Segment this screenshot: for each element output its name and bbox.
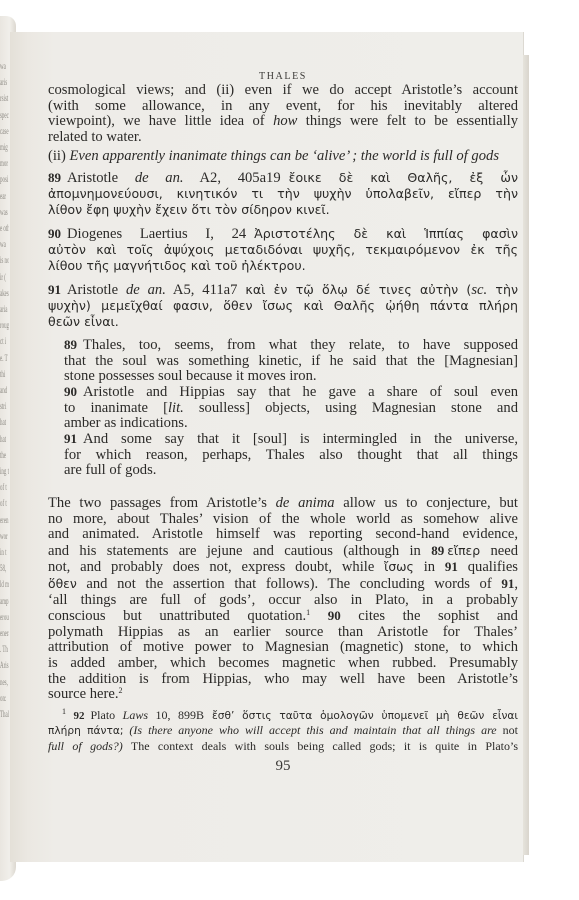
section-heading: (ii) Even apparently inanimate things ca… [48,148,518,164]
section-label: (ii) [48,148,66,164]
fragment-89-line-3: λίθον ἔφη ψυχὴν ἔχειν ὅτι τὸν σίδηρον κι… [48,202,518,218]
translation-text: full of gods?) [48,739,123,753]
commentary-line: ‘all things are full of gods’, occur als… [48,593,518,609]
footnote-text: The context deals with souls being calle… [123,739,518,753]
previous-page-text-fragment: hat [0,418,9,427]
source-ref: I, 24 [205,226,246,242]
source-work: de an. [135,170,184,186]
source-author: Aristotle [67,170,118,186]
commentary-line: is added amber, which becomes magnetic w… [48,656,518,672]
footnote-marker[interactable]: 1 [306,608,310,617]
fragment-number: 92 [74,710,85,722]
commentary-line: source here.2 [48,687,518,703]
commentary-line: polymath Hippias as an earlier source th… [48,625,518,641]
section-title: Even apparently inanimate things can be … [70,148,500,164]
previous-page-text-fragment: eren [0,516,9,525]
translation-text: to inanimate [ [64,400,168,416]
fragment-ref: 89 [431,543,444,558]
translation-number: 89 [64,337,77,352]
translation-91: 91And some say that it [soul] is intermi… [64,431,518,479]
source-work: Laws [123,708,148,722]
translation-text: Thales, too, seems, from what they relat… [83,337,518,353]
commentary-line: The two passages from Aristotle’s de ani… [48,496,518,512]
footnote: 1 92Plato Laws 10, 899Bἔσθ’ ὅστις ταῦτα … [62,708,518,753]
commentary-line: not, and probably does not, express doub… [48,559,518,576]
translation-89-line-3: stone possesses soul because it moves ir… [64,369,518,385]
translation-text: soulless] objects, using Magnesian stone… [184,400,518,416]
previous-page-text-fragment: mor [0,159,9,168]
intro-line-2: (with some allowance, in any event, for … [48,99,518,115]
previous-page-text-fragment: ing t [0,467,9,476]
fragment-89-line-1: 89Aristotle de an. A2, 405a19ἔοικε δὲ κα… [48,170,518,186]
fragment-89-line-2: ἀπομνημονεύουσι, κινητικόν τι τὴν ψυχὴν … [48,186,518,202]
previous-page-text-fragment: erou [0,613,9,622]
footnote-line-1: 1 92Plato Laws 10, 899Bἔσθ’ ὅστις ταῦτα … [62,708,518,723]
text: qualifies [458,559,518,575]
source-author: Aristotle [67,282,118,298]
translation-text: Aristotle and Hippias say that he gave a… [83,384,518,400]
commentary-line: the addition is from Hippias, who may we… [48,672,518,688]
source-ref: A2, 405a19 [199,170,280,186]
footnote-marker[interactable]: 2 [119,686,123,695]
lit-abbrev: lit. [168,400,184,416]
fragment-ref: 90 [328,608,341,623]
greek-text: Ἀριστοτέλης δὲ καὶ Ἱππίας φασὶν [254,226,518,241]
translation-89: 89Thales, too, seems, from what they rel… [64,337,518,385]
fragment-90-line-2: αὐτὸν καὶ τοῖς ἀψύχοις μεταδιδόναι ψυχῆς… [48,242,518,258]
previous-page-text-fragment: hat [0,435,9,444]
previous-page-text-fragment: nes, [0,678,9,687]
previous-page-text-fragment: aria [0,305,9,314]
text: , [514,576,518,592]
fragment-90-line-1: 90Diogenes Laertius I, 24Ἀριστοτέλης δὲ … [48,226,518,242]
previous-page-text-fragment: wa [0,240,9,249]
previous-page-text-fragment: ct i [0,337,9,346]
text: need [480,543,518,559]
fragment-number: 91 [48,282,61,297]
greek-word: ὅθεν [48,576,77,591]
fragment-91-line-1: 91Aristotle de an. A5, 411a7καὶ ἐν τῷ ὅλ… [48,282,518,298]
previous-page-text-fragment: wa [0,62,9,71]
text: cites the sophist and [341,608,518,624]
fragment-91: 91Aristotle de an. A5, 411a7καὶ ἐν τῷ ὅλ… [48,282,518,330]
greek-word: εἴπερ [447,543,480,558]
fragment-ref: 91 [501,576,514,591]
translation-89-line-1: 89Thales, too, seems, from what they rel… [64,337,518,354]
commentary-line: and his statements are jejune and cautio… [48,543,518,560]
text: and not the assertion that follows). The… [77,576,502,592]
fragment-91-line-2: ψυχὴν) μεμεῖχθαί φασιν, ὅθεν ἴσως καὶ Θα… [48,298,518,314]
previous-page-text-fragment: enera [0,629,9,638]
previous-page-text-fragment: is no [0,256,9,265]
intro-line-3-end: things were felt to be essentially [297,113,518,129]
intro-line-1: cosmological views; and (ii) even if we … [48,83,518,99]
previous-page-text-fragment: . Th [0,645,9,654]
text: allow us to conjecture, but [335,495,518,511]
previous-page-text-fragment: posi [0,175,9,184]
intro-line-4: related to water. [48,130,518,146]
fragment-90-line-3: λίθου τῆς μαγνήτιδος καὶ τοῦ ἠλέκτρου. [48,258,518,274]
commentary-paragraph: The two passages from Aristotle’s de ani… [48,496,518,703]
previous-page-text-fragment: aris [0,78,9,87]
text: The two passages from Aristotle’s [48,495,276,511]
fragment-source: Diogenes Laertius I, 24 [67,226,246,242]
previous-page-text-fragment: mig [0,143,9,152]
previous-page-text-fragment: stri [0,402,9,411]
previous-page-text-fragment: roug [0,321,9,330]
greek-word: ἴσως [384,559,414,574]
text: in [414,559,445,575]
text: source here. [48,686,119,702]
previous-page-text-fragment: ir ( [0,273,9,282]
footnote-marker: 1 [62,707,66,716]
intro-paragraph: cosmological views; and (ii) even if we … [48,83,518,145]
intro-line-3: viewpoint), we have little idea of how t… [48,114,518,130]
fragment-source: Aristotle de an. A2, 405a19 [67,170,281,186]
translation-91-line-1: 91And some say that it [soul] is intermi… [64,431,518,448]
previous-page-text-fragment: case [0,127,9,136]
previous-page-text-fragment: of t [0,483,9,492]
translation-90-line-1: 90Aristotle and Hippias say that he gave… [64,384,518,401]
source-author: Plato [91,708,116,722]
previous-page-text-fragment: 58, [0,564,9,573]
running-head: THALES [48,71,518,82]
page-stack-edge [523,55,529,855]
translation-number: 91 [64,431,77,446]
previous-page-text-fragment: was [0,208,9,217]
translation-89-line-2: that the soul was something kinetic, if … [64,354,518,370]
commentary-line: ὅθεν and not the assertion that follows)… [48,576,518,593]
translation-text: And some say that it [soul] is interming… [83,431,518,447]
translation-90: 90Aristotle and Hippias say that he gave… [64,384,518,432]
commentary-line: no more, about Thales’ vision of the who… [48,512,518,528]
greek-text: ἔσθ’ ὅστις ταῦτα ὁμολογῶν ὑπομενεῖ μὴ θε… [212,710,518,722]
work-title: de anima [276,495,335,511]
previous-page-text-fragment: e oth [0,224,9,233]
commentary-line: attribution of motive power to Magnesian… [48,640,518,656]
footnote-line-2: πλήρη πάντα; (Is there anyone who will a… [48,723,518,738]
fragment-ref: 91 [445,559,458,574]
footnote-line-3: full of gods?) The context deals with so… [48,739,518,753]
previous-page-text-fragment: wor [0,532,9,541]
text: conscious but unattributed quotation. [48,608,306,624]
commentary-line: conscious but unattributed quotation.1 9… [48,608,518,625]
previous-page-text-fragment: of t [0,499,9,508]
fragment-90: 90Diogenes Laertius I, 24Ἀριστοτέλης δὲ … [48,226,518,274]
previous-page-text-fragment: e. T [0,354,9,363]
fragment-source: Aristotle de an. A5, 411a7 [67,282,237,298]
fragment-number: 89 [48,170,61,185]
previous-page-text-fragment: akes [0,289,9,298]
previous-page-text-fragment: ampi [0,597,9,606]
fragment-number: 90 [48,226,61,241]
book-page: THALES cosmological views; and (ii) even… [10,32,523,862]
greek-text: πλήρη πάντα; [48,725,123,737]
text: and his statements are jejune and cautio… [48,543,431,559]
fragment-89: 89Aristotle de an. A2, 405a19ἔοικε δὲ κα… [48,170,518,218]
previous-page-text-fragment: ear [0,192,9,201]
previous-page-text-fragment: in t [0,548,9,557]
translation-91-line-2: for which reason, perhaps, Thales also t… [64,448,518,464]
previous-page-text-fragment: Thal [0,710,9,719]
previous-page-text-fragment: on: [0,694,9,703]
book-photo: waarisrsistspeccasemigmorposiearwase oth… [0,0,579,900]
translation-text: not [503,723,518,737]
translation-90-line-3: amber as indications. [64,416,518,432]
greek-text: τὴν [487,282,518,297]
page-number: 95 [48,758,518,775]
text: not, and probably does not, express doub… [48,559,384,575]
translation-text: (Is there anyone who will accept this an… [129,723,496,737]
source-ref: A5, 411a7 [173,282,237,298]
translation-90-line-2: to inanimate [lit. soulless] objects, us… [64,401,518,417]
translation-91-line-3: are full of gods. [64,463,518,479]
source-ref: 10, 899B [156,708,205,722]
previous-page-text-fragment: ld m [0,580,9,589]
previous-page-text-fragment: and [0,386,9,395]
commentary-line: and animated. Aristotle himself was repo… [48,527,518,543]
source-author: Diogenes Laertius [67,226,188,242]
emphasis-how: how [273,113,297,129]
previous-page-text-fragment: thi [0,370,9,379]
greek-text: ἔοικε δὲ καὶ Θαλῆς, ἐξ ὧν [289,170,518,185]
previous-page-text-fragment: spec [0,111,9,120]
greek-text: καὶ ἐν τῷ ὅλῳ δέ τινες αὐτὴν ( [245,282,471,297]
translation-number: 90 [64,384,77,399]
previous-page-text-fragment: Aris [0,661,9,670]
fragment-91-line-3: θεῶν εἶναι. [48,314,518,330]
source-work: de an. [126,282,166,298]
previous-page-text-fragment: the [0,451,9,460]
sc-abbrev: sc. [471,282,487,298]
intro-line-3-start: viewpoint), we have little idea of [48,113,273,129]
previous-page-text-fragment: rsist [0,94,9,103]
